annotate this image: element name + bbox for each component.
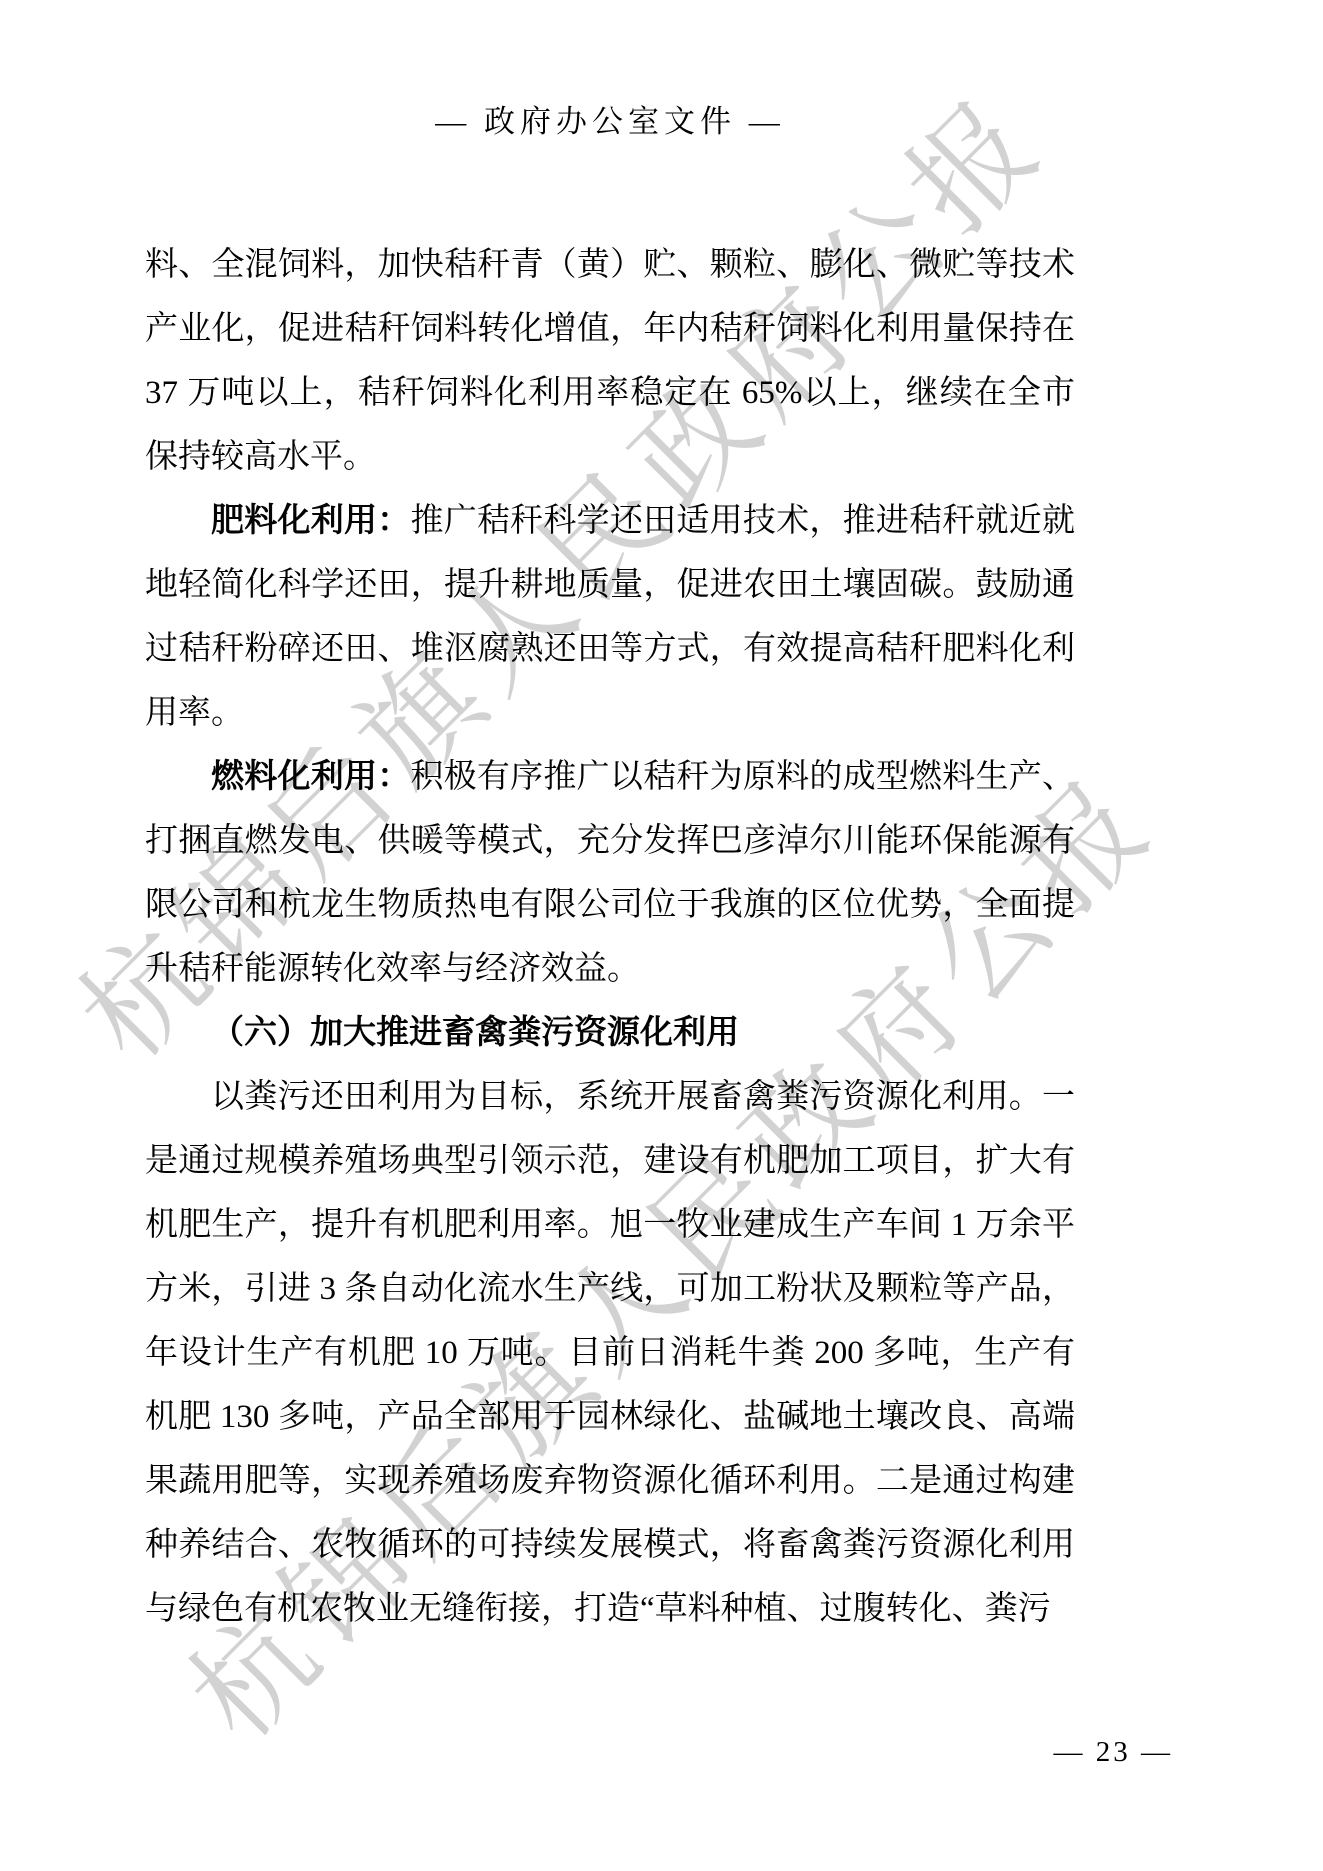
document-page: 杭锦后旗人民政府公报 杭锦后旗人民政府公报 — 政府办公室文件 — 料、全混饲料… [0,0,1323,1871]
paragraph-fertilizer-utilization: 肥料化利用：推广秸秆科学还田适用技术，推进秸秆就近就地轻简化科学还田，提升耕地质… [145,489,1075,745]
paragraph-lead-fertilizer: 肥料化利用： [211,503,410,539]
document-body: 料、全混饲料，加快秸秆青（黄）贮、颗粒、膨化、微贮等技术产业化，促进秸秆饲料转化… [145,233,1075,1641]
paragraph-manure-utilization: 以粪污还田利用为目标，系统开展畜禽粪污资源化利用。一是通过规模养殖场典型引领示范… [145,1065,1075,1641]
paragraph-feed-utilization-continuation: 料、全混饲料，加快秸秆青（黄）贮、颗粒、膨化、微贮等技术产业化，促进秸秆饲料转化… [145,233,1075,489]
section-heading-six: （六）加大推进畜禽粪污资源化利用 [145,1001,1075,1065]
page-number: — 23 — [1054,1736,1174,1769]
paragraph-lead-fuel: 燃料化利用： [211,759,410,795]
page-header-title: — 政府办公室文件 — [145,96,1075,141]
paragraph-fuel-utilization: 燃料化利用：积极有序推广以秸秆为原料的成型燃料生产、打捆直燃发电、供暖等模式，充… [145,745,1075,1001]
